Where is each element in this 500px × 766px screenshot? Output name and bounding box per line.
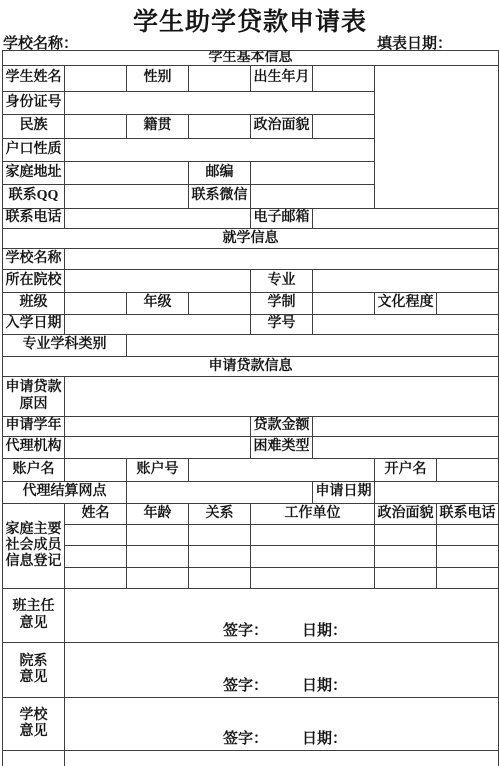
family-input-age-1[interactable]: [127, 525, 189, 546]
signature-label: 签字：: [223, 623, 268, 640]
field-label-schooling-length: 学制: [251, 293, 313, 315]
field-label-major: 专业: [251, 270, 313, 293]
input-cell-native-place[interactable]: [189, 115, 251, 139]
field-label-application-date: 申请日期: [313, 482, 375, 504]
family-col-header-relation: 关系: [189, 504, 251, 525]
input-cell-email[interactable]: [313, 209, 499, 229]
input-cell-student-name[interactable]: [65, 66, 127, 92]
input-cell-postal-code[interactable]: [251, 162, 375, 185]
family-member-row: [3, 525, 499, 546]
opinion-content-department[interactable]: 签字： 日期：: [65, 643, 499, 698]
opinion-content-class-teacher[interactable]: 签字： 日期：: [65, 589, 499, 643]
input-cell-gender[interactable]: [189, 66, 251, 92]
input-cell-contact-wechat[interactable]: [251, 185, 375, 209]
field-label-class: 班级: [3, 293, 65, 315]
application-form-table: 学生基本信息 学生姓名 性别 出生年月 身份证号 民族 籍贯 政治面貌 户口性质…: [2, 50, 499, 766]
input-cell-schooling-length[interactable]: [313, 293, 375, 315]
family-input-age-3[interactable]: [127, 568, 189, 589]
family-col-header-age: 年龄: [127, 504, 189, 525]
field-label-native-place: 籍贯: [127, 115, 189, 139]
sign-date-row: 签字： 日期：: [65, 678, 498, 695]
input-cell-home-address[interactable]: [65, 162, 189, 185]
field-label-education-level: 文化程度: [375, 293, 437, 315]
section-header-loan-info: 申请贷款信息: [3, 357, 499, 377]
field-label-contact-qq: 联系QQ: [3, 185, 65, 209]
input-cell-difficulty-type[interactable]: [313, 437, 499, 459]
input-cell-contact-qq[interactable]: [65, 185, 189, 209]
field-label-difficulty-type: 困难类型: [251, 437, 313, 459]
field-label-contact-phone: 联系电话: [3, 209, 65, 229]
opinion-content-school[interactable]: 签字： 日期：: [65, 698, 499, 751]
field-label-birth-date: 出生年月: [251, 66, 313, 92]
field-label-email: 电子邮箱: [251, 209, 313, 229]
family-input-political-status-2[interactable]: [375, 546, 437, 568]
field-label-major-category: 专业学科类别: [3, 335, 127, 357]
input-cell-college[interactable]: [65, 270, 251, 293]
family-col-header-name: 姓名: [65, 504, 127, 525]
family-section-label: 家庭主要 社会成员 信息登记: [3, 504, 65, 589]
field-label-loan-amount: 贷款金额: [251, 417, 313, 437]
input-cell-loan-reason[interactable]: [65, 377, 499, 417]
family-input-political-status-3[interactable]: [375, 568, 437, 589]
family-member-row: [3, 568, 499, 589]
field-label-id-number: 身份证号: [3, 92, 65, 115]
opinion-label-school: 学校 意见: [3, 698, 65, 751]
input-cell-loan-amount[interactable]: [313, 417, 499, 437]
family-input-name-3[interactable]: [65, 568, 127, 589]
input-cell-account-name[interactable]: [65, 459, 127, 482]
field-label-account-name: 账户名: [3, 459, 65, 482]
date-label: 日期：: [302, 731, 347, 748]
input-cell-political-status[interactable]: [313, 115, 375, 139]
family-col-header-political-status: 政治面貌: [375, 504, 437, 525]
partial-row-content-cell[interactable]: [65, 751, 499, 766]
family-input-name-2[interactable]: [65, 546, 127, 568]
signature-label: 签字：: [223, 678, 268, 695]
sign-date-row: 签字： 日期：: [65, 623, 498, 640]
input-cell-major[interactable]: [313, 270, 499, 293]
field-label-account-number: 账户号: [127, 459, 189, 482]
input-cell-class[interactable]: [65, 293, 127, 315]
input-cell-household-type[interactable]: [65, 139, 375, 162]
field-label-gender: 性别: [127, 66, 189, 92]
family-input-work-unit-1[interactable]: [251, 525, 375, 546]
input-cell-bank-account-name[interactable]: [437, 459, 499, 482]
field-label-school-name: 学校名称: [3, 249, 65, 270]
field-label-loan-reason: 申请贷款 原因: [3, 377, 65, 417]
family-input-relation-3[interactable]: [189, 568, 251, 589]
input-cell-agency[interactable]: [65, 437, 251, 459]
date-label: 日期：: [302, 678, 347, 695]
field-label-contact-wechat: 联系微信: [189, 185, 251, 209]
field-label-loan-year: 申请学年: [3, 417, 65, 437]
input-cell-enrollment-date[interactable]: [65, 315, 251, 335]
date-label: 日期：: [302, 623, 347, 640]
family-input-work-unit-2[interactable]: [251, 546, 375, 568]
input-cell-student-id[interactable]: [313, 315, 499, 335]
input-cell-birth-date[interactable]: [313, 66, 375, 92]
field-label-agency: 代理机构: [3, 437, 65, 459]
input-cell-contact-phone[interactable]: [65, 209, 251, 229]
family-col-header-work-unit: 工作单位: [251, 504, 375, 525]
input-cell-education-level[interactable]: [437, 293, 499, 315]
sign-date-row: 签字： 日期：: [65, 731, 498, 748]
family-input-work-unit-3[interactable]: [251, 568, 375, 589]
field-label-settlement-branch: 代理结算网点: [3, 482, 127, 504]
field-label-college: 所在院校: [3, 270, 65, 293]
field-label-home-address: 家庭地址: [3, 162, 65, 185]
signature-label: 签字：: [223, 731, 268, 748]
partial-row-label-cell[interactable]: [3, 751, 65, 766]
input-cell-id-number[interactable]: [65, 92, 375, 115]
section-header-basic-info: 学生基本信息: [3, 51, 499, 66]
field-label-student-id: 学号: [251, 315, 313, 335]
input-cell-application-date[interactable]: [375, 482, 499, 504]
family-input-political-status-1[interactable]: [375, 525, 437, 546]
opinion-label-class-teacher: 班主任 意见: [3, 589, 65, 643]
family-input-phone-3[interactable]: [437, 568, 499, 589]
field-label-grade: 年级: [127, 293, 189, 315]
field-label-student-name: 学生姓名: [3, 66, 65, 92]
field-label-political-status: 政治面貌: [251, 115, 313, 139]
field-label-bank-account-name: 开户名: [375, 459, 437, 482]
family-col-header-phone: 联系电话: [437, 504, 499, 525]
field-label-household-type: 户口性质: [3, 139, 65, 162]
family-input-relation-1[interactable]: [189, 525, 251, 546]
input-cell-grade[interactable]: [189, 293, 251, 315]
opinion-label-department: 院系 意见: [3, 643, 65, 698]
family-input-phone-1[interactable]: [437, 525, 499, 546]
field-label-enrollment-date: 入学日期: [3, 315, 65, 335]
family-input-relation-2[interactable]: [189, 546, 251, 568]
input-cell-school-name[interactable]: [65, 249, 499, 270]
input-cell-account-number[interactable]: [189, 459, 375, 482]
family-input-name-1[interactable]: [65, 525, 127, 546]
input-cell-loan-year[interactable]: [65, 417, 251, 437]
family-input-age-2[interactable]: [127, 546, 189, 568]
field-label-ethnicity: 民族: [3, 115, 65, 139]
input-cell-settlement-branch[interactable]: [127, 482, 313, 504]
input-cell-ethnicity[interactable]: [65, 115, 127, 139]
input-cell-major-category[interactable]: [127, 335, 499, 357]
family-member-row: [3, 546, 499, 568]
family-input-phone-2[interactable]: [437, 546, 499, 568]
field-label-postal-code: 邮编: [189, 162, 251, 185]
photo-area[interactable]: [375, 66, 499, 209]
section-header-schooling-info: 就学信息: [3, 229, 499, 249]
